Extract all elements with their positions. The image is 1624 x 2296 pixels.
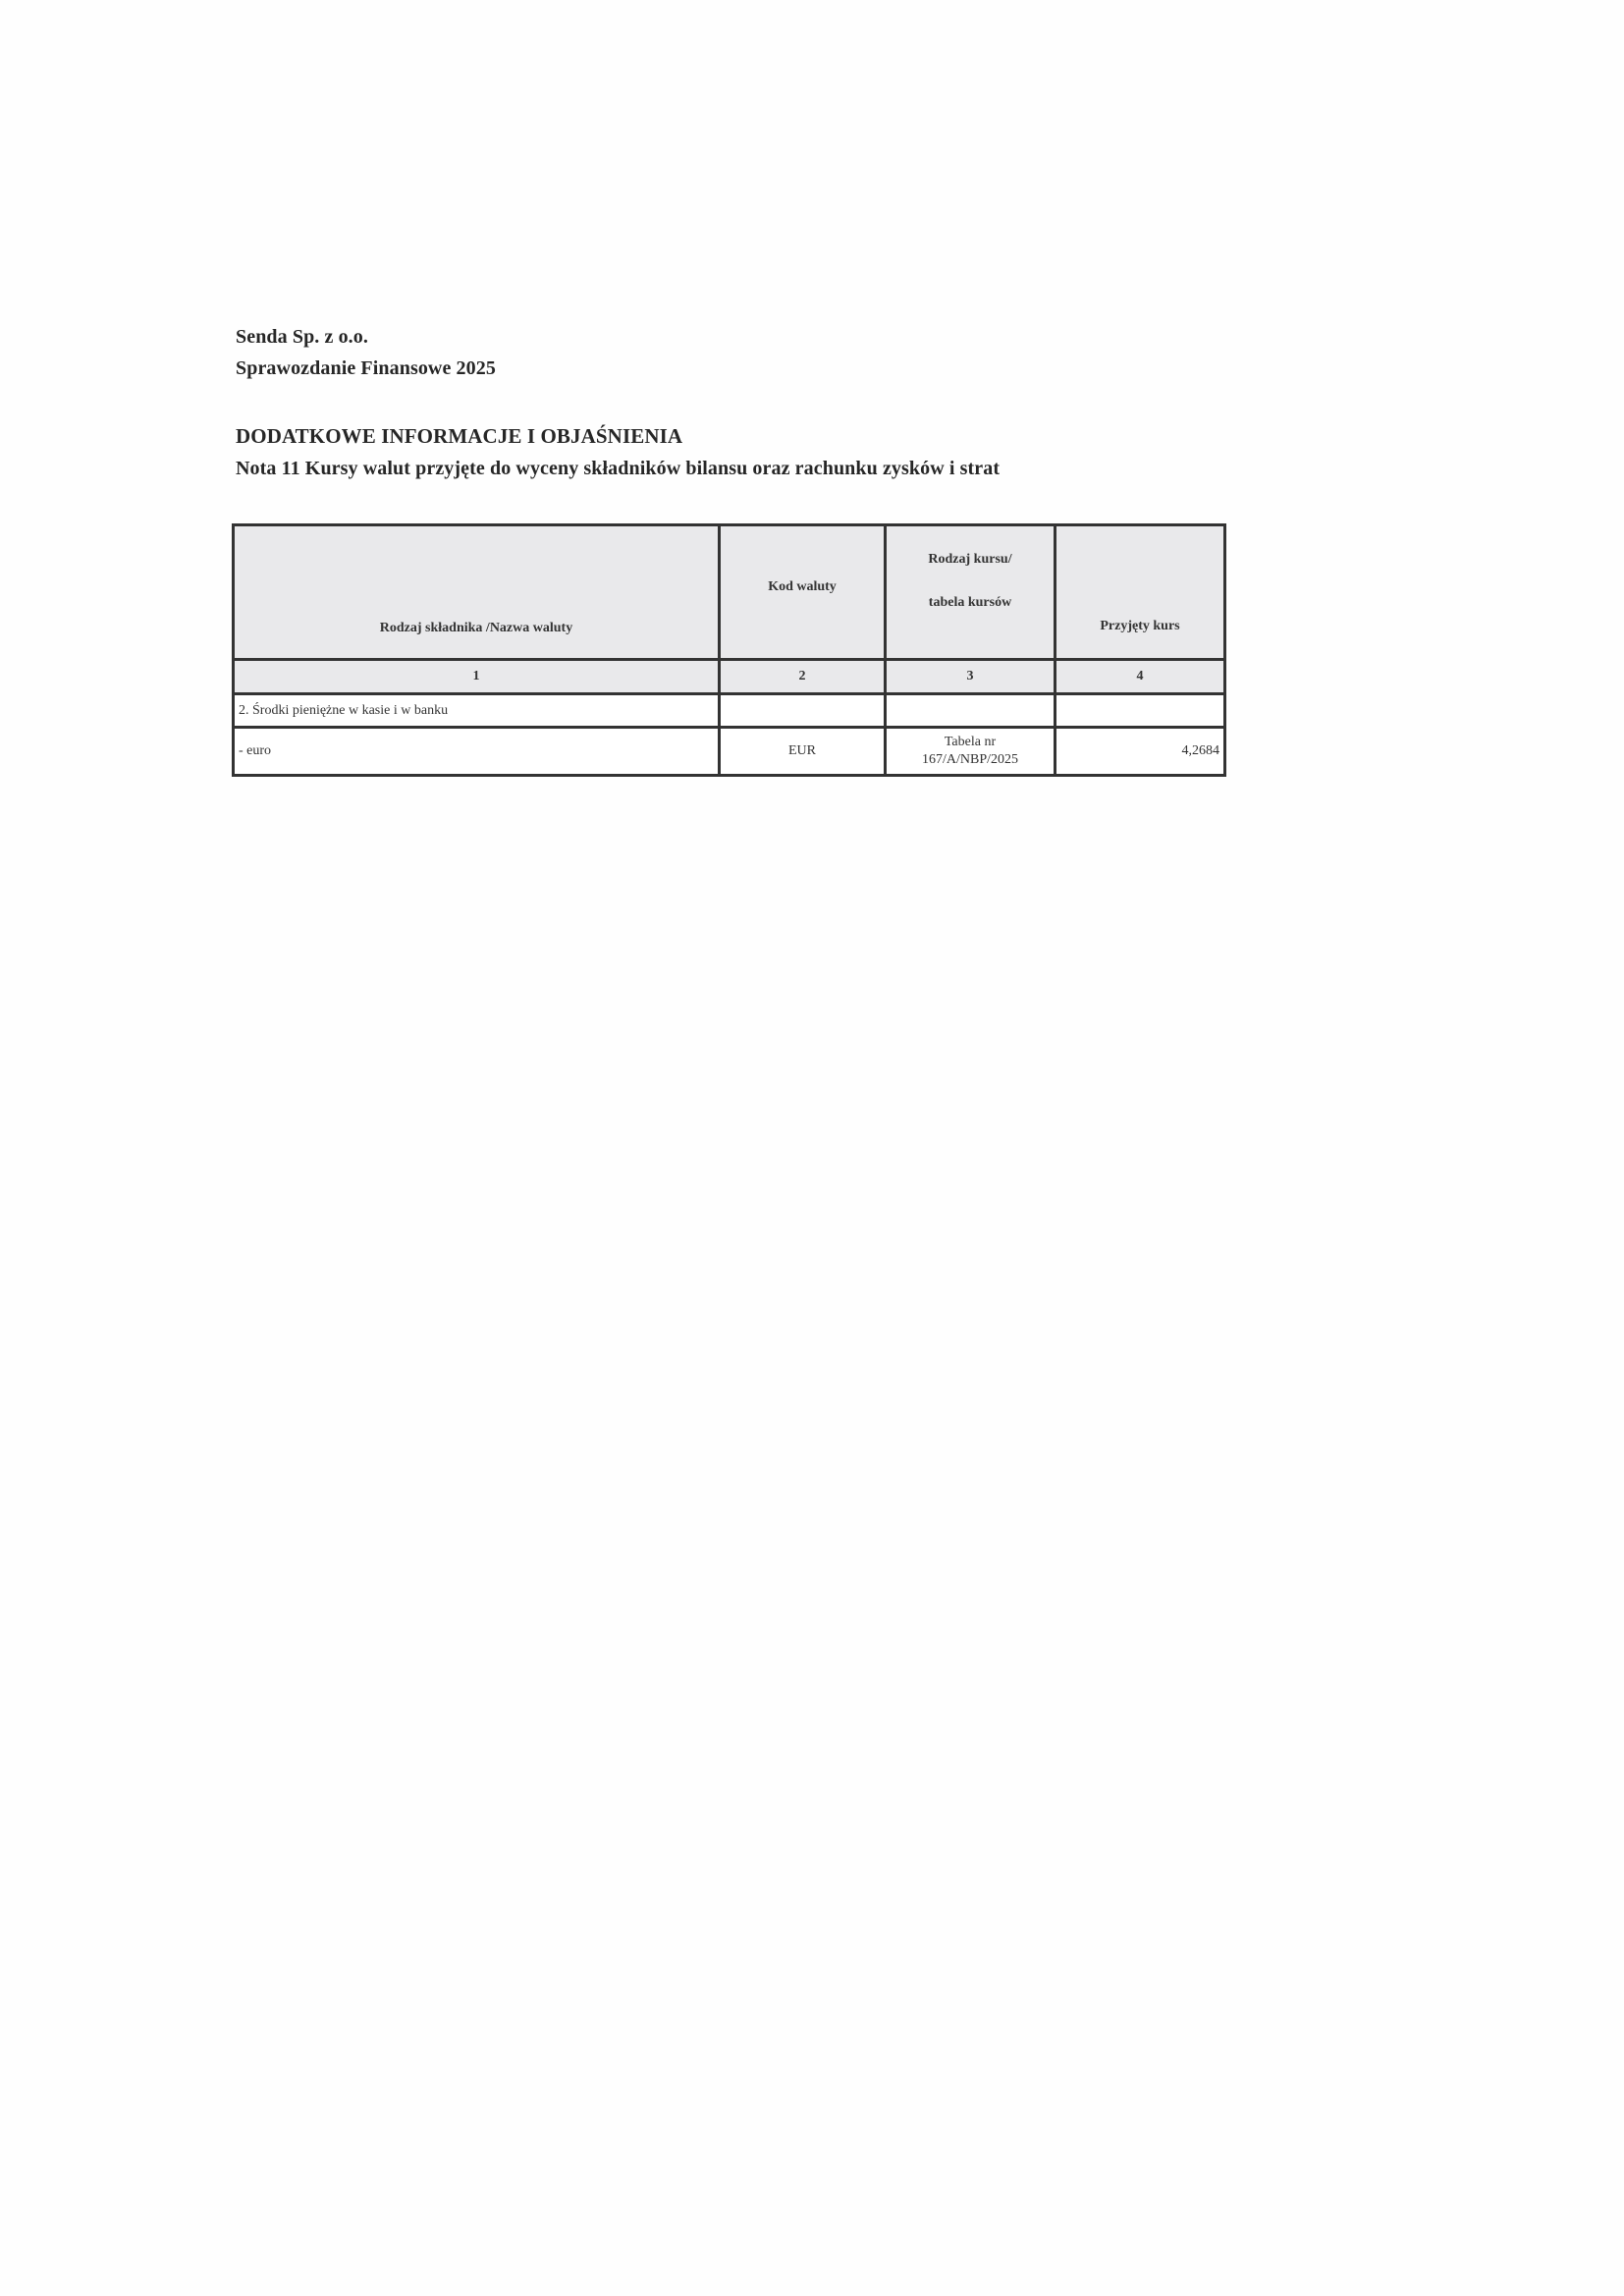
exchange-rates-table: Rodzaj składnika /Nazwa waluty Kod walut…	[232, 523, 1226, 777]
rate-table-line2: 167/A/NBP/2025	[891, 751, 1050, 769]
table-header-row: Rodzaj składnika /Nazwa waluty Kod walut…	[234, 525, 1225, 660]
header-adopted-rate: Przyjęty kurs	[1056, 525, 1225, 660]
document-page: Senda Sp. z o.o. Sprawozdanie Finansowe …	[0, 0, 1624, 2296]
header-item-name: Rodzaj składnika /Nazwa waluty	[234, 525, 720, 660]
header-currency-code: Kod waluty	[720, 525, 886, 660]
note-title: Nota 11 Kursy walut przyjęte do wyceny s…	[236, 458, 1000, 480]
header-rate-type-line1: Rodzaj kursu/	[891, 538, 1050, 581]
header-rate-type: Rodzaj kursu/ tabela kursów	[886, 525, 1056, 660]
cell-rate-table	[886, 694, 1056, 728]
column-number: 2	[720, 660, 886, 694]
column-number: 1	[234, 660, 720, 694]
company-name: Senda Sp. z o.o.	[236, 326, 368, 349]
table-row: - euro EUR Tabela nr 167/A/NBP/2025 4,26…	[234, 728, 1225, 776]
column-number: 3	[886, 660, 1056, 694]
cell-rate	[1056, 694, 1225, 728]
cell-code	[720, 694, 886, 728]
cell-item: 2. Środki pieniężne w kasie i w banku	[234, 694, 720, 728]
column-number-row: 1 2 3 4	[234, 660, 1225, 694]
section-title: DODATKOWE INFORMACJE I OBJAŚNIENIA	[236, 424, 682, 449]
cell-rate-table: Tabela nr 167/A/NBP/2025	[886, 728, 1056, 776]
table-row: 2. Środki pieniężne w kasie i w banku	[234, 694, 1225, 728]
column-number: 4	[1056, 660, 1225, 694]
cell-item: - euro	[234, 728, 720, 776]
rate-table-line1: Tabela nr	[891, 734, 1050, 751]
cell-rate: 4,2684	[1056, 728, 1225, 776]
cell-code: EUR	[720, 728, 886, 776]
header-rate-type-line2: tabela kursów	[891, 581, 1050, 625]
report-title: Sprawozdanie Finansowe 2025	[236, 357, 496, 380]
